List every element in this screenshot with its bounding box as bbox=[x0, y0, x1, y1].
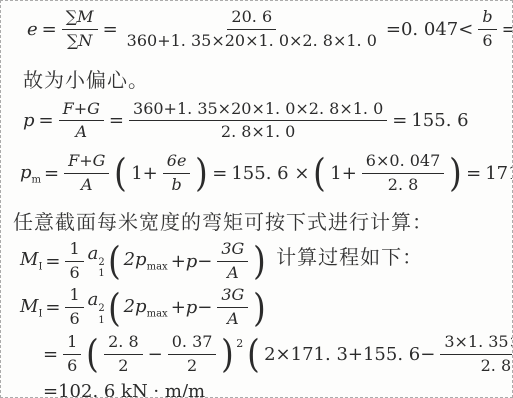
numerator: ∑M bbox=[62, 7, 98, 30]
subscript-m: m bbox=[32, 174, 41, 185]
fraction-one-sixth: 1 6 bbox=[65, 285, 83, 330]
numerator: 20. 6 bbox=[227, 7, 276, 30]
term-plus-p-minus: +p− bbox=[171, 251, 213, 272]
denominator: 2 bbox=[114, 355, 132, 377]
fraction-one-sixth: 1 6 bbox=[65, 239, 83, 284]
denominator: 2. 8×1. 0 bbox=[217, 121, 299, 143]
var-m-one: MI bbox=[20, 296, 42, 320]
denominator: A bbox=[223, 308, 243, 330]
superscript-2: 2 bbox=[236, 337, 243, 350]
var-e: e bbox=[27, 19, 38, 40]
var-a: a bbox=[88, 243, 99, 264]
equals-sign: = bbox=[502, 19, 513, 40]
result-value: 171. 3 bbox=[485, 163, 513, 184]
numerator: 1 bbox=[65, 239, 83, 262]
term-plus-p-minus: +p− bbox=[171, 297, 213, 318]
denominator: A bbox=[71, 121, 91, 143]
scanned-calculation-page: e = ∑M ∑N = 20. 6 360+1. 35×20×1. 0×2. 8… bbox=[0, 0, 513, 398]
formula-moment-substitution: = 1 6 ( 2. 8 2 − 0. 37 2 ) 2 ( 2×171. 3+… bbox=[41, 332, 512, 377]
var-a1-squared: a21 bbox=[88, 289, 105, 326]
var-m: M bbox=[20, 296, 38, 317]
equals-sign: = bbox=[466, 163, 481, 184]
formula-eccentricity: e = ∑M ∑N = 20. 6 360+1. 35×20×1. 0×2. 8… bbox=[25, 7, 512, 52]
fraction-moment-load: 20. 6 360+1. 35×20×1. 0×2. 8×1. 0 bbox=[123, 7, 381, 52]
equals-sign: = bbox=[44, 163, 59, 184]
numerator: 360+1. 35×20×1. 0×2. 8×1. 0 bbox=[129, 99, 387, 122]
fraction-3g-over-a: 3G A bbox=[217, 285, 248, 330]
denominator: b bbox=[167, 174, 185, 196]
term-2pmax: 2pmax bbox=[124, 296, 168, 320]
fraction-one-sixth: 1 6 bbox=[63, 332, 81, 377]
equals-sign: = bbox=[43, 344, 58, 365]
fraction-2-8-over-2: 2. 8 2 bbox=[104, 332, 143, 377]
numerator: b bbox=[478, 7, 496, 30]
minus-sign: − bbox=[148, 344, 163, 365]
fraction-3g-over-a: 3G A bbox=[217, 239, 248, 284]
subscript-max: max bbox=[147, 308, 168, 319]
numerator: 3×1. 35×20×1. bbox=[440, 332, 513, 355]
denominator: 2 bbox=[183, 355, 201, 377]
equals-sign: = bbox=[103, 19, 118, 40]
var-p-m: pm bbox=[20, 162, 41, 186]
denominator: 6 bbox=[478, 30, 496, 52]
superscript-2: 2 bbox=[98, 257, 104, 269]
denominator: A bbox=[223, 262, 243, 284]
numerator: 0. 37 bbox=[168, 332, 217, 355]
equals-sign: = bbox=[109, 110, 124, 131]
subscript-max: max bbox=[147, 262, 168, 273]
denominator: ∑N bbox=[63, 30, 96, 52]
equals-sign: = bbox=[392, 110, 407, 131]
term-one-plus: 1+ bbox=[330, 163, 357, 184]
numeric-terms: 2×171. 3+155. 6− bbox=[264, 344, 435, 365]
fraction-b-over-6: b 6 bbox=[478, 7, 496, 52]
var-p: p bbox=[23, 110, 35, 131]
fraction-fg-over-a: F+G A bbox=[59, 99, 104, 144]
fraction-fg-over-a: F+G A bbox=[64, 151, 109, 196]
denominator: 2. 8 bbox=[384, 174, 423, 196]
var-a: a bbox=[88, 289, 99, 310]
chinese-note: 任意截面每米宽度的弯矩可按下式进行计算： bbox=[13, 206, 433, 235]
term-one-plus: 1+ bbox=[131, 163, 158, 184]
denominator: 6 bbox=[65, 308, 83, 330]
subscript-1: 1 bbox=[98, 315, 104, 327]
numerator: 6e bbox=[163, 151, 191, 174]
formula-moment-repeat: MI = 1 6 a21 ( 2pmax +p− 3G A ) bbox=[19, 285, 512, 330]
formula-pm: pm = F+G A ( 1+ 6e b ) = 155. 6 × ( 1+ 6… bbox=[19, 151, 512, 196]
formula-base-pressure: p = F+G A = 360+1. 35×20×1. 0×2. 8×1. 0 … bbox=[21, 99, 512, 144]
numerator: 6×0. 047 bbox=[362, 151, 444, 174]
formula-moment-definition: MI = 1 6 a21 ( 2pmax +p− 3G A ) 计算过程如下： bbox=[19, 239, 512, 284]
var-2p: 2p bbox=[124, 249, 147, 270]
denominator: 2. 8×1 bbox=[477, 355, 513, 377]
equals-sign: = bbox=[212, 163, 227, 184]
fraction-numeric: 6×0. 047 2. 8 bbox=[362, 151, 444, 196]
var-2p: 2p bbox=[124, 296, 147, 317]
denominator: 360+1. 35×20×1. 0×2. 8×1. 0 bbox=[123, 30, 381, 52]
chinese-note: 故为小偏心。 bbox=[23, 64, 149, 93]
fraction-clipped: 3×1. 35×20×1. 2. 8×1 bbox=[440, 332, 513, 377]
equals-sign: = bbox=[39, 110, 54, 131]
value-times: 155. 6 × bbox=[231, 163, 309, 184]
superscript-2: 2 bbox=[98, 303, 104, 315]
var-a1-squared: a21 bbox=[88, 243, 105, 280]
numerator: 3G bbox=[217, 239, 248, 262]
denominator: 6 bbox=[63, 355, 81, 377]
numerator: 1 bbox=[65, 285, 83, 308]
numerator: 1 bbox=[63, 332, 81, 355]
result-value: 155. 6 bbox=[411, 110, 468, 131]
subscript-1: 1 bbox=[98, 268, 104, 280]
fraction-6e-over-b: 6e b bbox=[163, 151, 191, 196]
comparison-text: =0. 047< bbox=[386, 19, 473, 40]
fraction-0-37-over-2: 0. 37 2 bbox=[168, 332, 217, 377]
formula-moment-result: =102. 6 kN · m/m bbox=[41, 381, 512, 398]
chinese-process-note: 计算过程如下： bbox=[276, 241, 423, 270]
numerator: 3G bbox=[217, 285, 248, 308]
fraction-load-area: 360+1. 35×20×1. 0×2. 8×1. 0 2. 8×1. 0 bbox=[129, 99, 387, 144]
equals-sign: = bbox=[45, 251, 60, 272]
result-text: =102. 6 kN · m/m bbox=[43, 381, 205, 398]
numerator: F+G bbox=[64, 151, 109, 174]
var-p: p bbox=[20, 162, 32, 183]
fraction-sum-moments: ∑M ∑N bbox=[62, 7, 98, 52]
term-2pmax: 2pmax bbox=[124, 249, 168, 273]
numerator: 2. 8 bbox=[104, 332, 143, 355]
subscript-roman-one: I bbox=[38, 308, 42, 319]
equals-sign: = bbox=[45, 297, 60, 318]
text-small-eccentricity: 故为小偏心。 bbox=[23, 64, 512, 93]
denominator: 6 bbox=[65, 262, 83, 284]
denominator: A bbox=[77, 174, 97, 196]
var-m: M bbox=[20, 249, 38, 270]
equals-sign: = bbox=[42, 19, 57, 40]
var-m-one: MI bbox=[20, 249, 42, 273]
numerator: F+G bbox=[59, 99, 104, 122]
subscript-roman-one: I bbox=[38, 262, 42, 273]
text-moment-intro: 任意截面每米宽度的弯矩可按下式进行计算： bbox=[13, 206, 512, 235]
